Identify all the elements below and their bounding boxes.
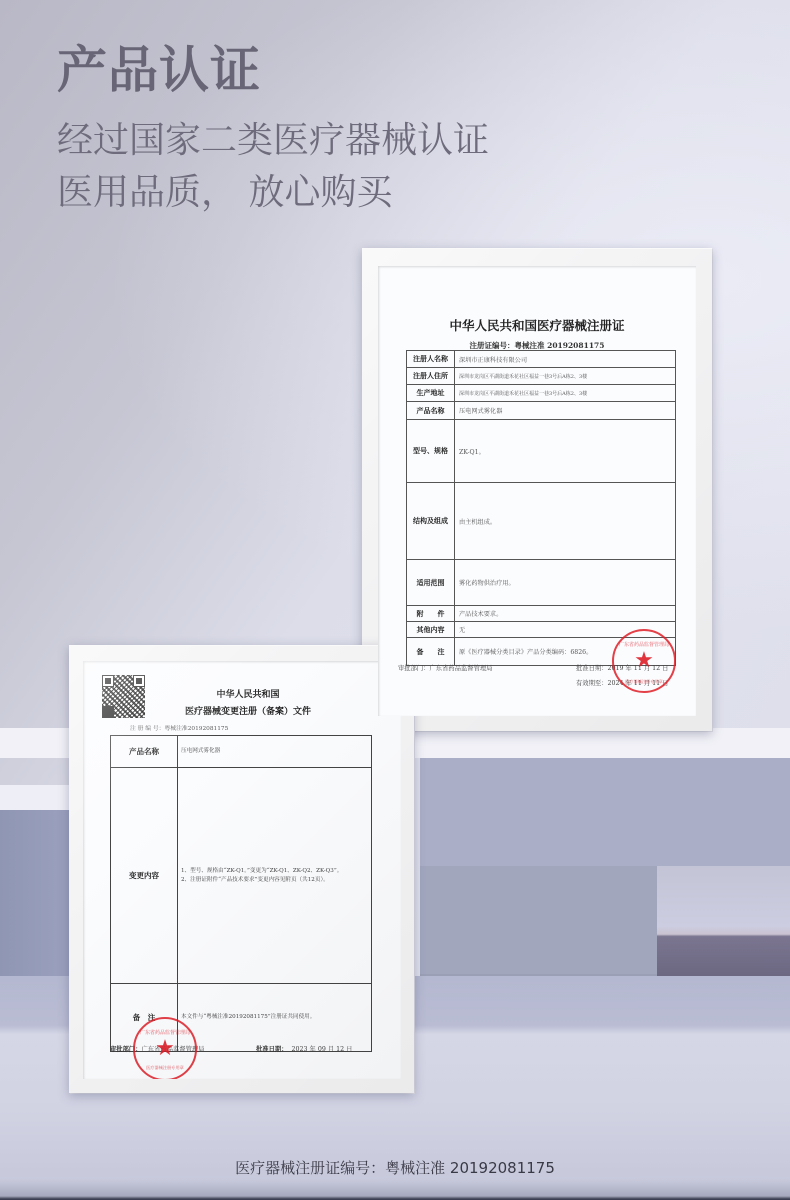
table-row: 变更内容1、型号、规格由“ZK-Q1。”变更为“ZK-Q1、ZK-Q2、ZK-Q… — [111, 768, 372, 984]
row-label: 结构及组成 — [407, 483, 455, 560]
registration-certificate: 中华人民共和国医疗器械注册证 注册证编号：粤械注准 20192081175 注册… — [378, 266, 696, 716]
row-label: 型号、规格 — [407, 420, 455, 483]
row-value: 压电网式雾化器 — [178, 736, 372, 768]
approval-date: 批准日期： 2023 年 09 月 12 日 — [256, 1044, 352, 1053]
certificate-table: 注册人名称深圳市正康科技有限公司 注册人住所深圳市龙岗区平湖街道禾花社区福益一巷… — [406, 350, 676, 666]
row-label: 其他内容 — [407, 622, 455, 638]
row-label: 产品名称 — [111, 736, 178, 768]
official-seal: ★ 广东省药品监督管理局 医疗器械注册专用章 — [612, 629, 676, 693]
seal-star-icon: ★ — [634, 650, 654, 672]
document-number: 注 册 编 号：粤械注准20192081175 — [130, 723, 228, 732]
display-block-lower-right — [657, 866, 790, 976]
table-row: 型号、规格ZK-Q1。 — [407, 420, 676, 483]
official-seal: ★ 广东省药品监督管理局 医疗器械注册专用章 — [133, 1017, 197, 1079]
row-label: 变更内容 — [111, 768, 178, 984]
table-row: 注册人名称深圳市正康科技有限公司 — [407, 351, 676, 368]
row-label: 生产地址 — [407, 385, 455, 402]
row-value: 产品技术要求。 — [455, 606, 676, 622]
table-row: 产品名称压电网式雾化器 — [111, 736, 372, 768]
row-label: 注册人住所 — [407, 368, 455, 385]
row-value: 雾化药物供治疗用。 — [455, 560, 676, 606]
display-block-lower-left — [420, 866, 657, 976]
table-row: 结构及组成由主机组成。 — [407, 483, 676, 560]
row-label: 产品名称 — [407, 402, 455, 420]
document-title-line-2: 医疗器械变更注册（备案）文件 — [83, 704, 401, 717]
document-title-line-1: 中华人民共和国 — [83, 687, 401, 700]
seal-star-icon: ★ — [155, 1038, 175, 1060]
change-document: 中华人民共和国 医疗器械变更注册（备案）文件 注 册 编 号：粤械注准20192… — [83, 661, 401, 1079]
table-row: 适用范围雾化药物供治疗用。 — [407, 560, 676, 606]
table-row: 注册人住所深圳市龙岗区平湖街道禾花社区福益一巷3号后A栋2、3楼 — [407, 368, 676, 385]
floor-shadow — [0, 1180, 790, 1200]
subtitle-line-1: 经过国家二类医疗器械认证 — [57, 112, 489, 163]
approval-label: 批准日期： — [256, 1046, 287, 1053]
registration-certificate-frame: 中华人民共和国医疗器械注册证 注册证编号：粤械注准 20192081175 注册… — [362, 248, 712, 731]
shelf-left-surface — [0, 785, 70, 810]
seal-text: 广东省药品监督管理局 — [614, 641, 674, 648]
row-value: 深圳市正康科技有限公司 — [455, 351, 676, 368]
row-value: 压电网式雾化器 — [455, 402, 676, 420]
display-block-upper — [420, 758, 790, 866]
row-label: 附 件 — [407, 606, 455, 622]
row-label: 适用范围 — [407, 560, 455, 606]
display-block-left — [0, 810, 70, 980]
seal-text: 广东省药品监督管理局 — [135, 1029, 195, 1036]
seal-bottom-text: 医疗器械注册专用章 — [614, 679, 674, 685]
certificate-title: 中华人民共和国医疗器械注册证 — [378, 316, 696, 334]
issuer: 审批部门：广东省药品监督管理局 — [398, 663, 492, 672]
row-label: 备 注 — [407, 638, 455, 666]
subtitle-line-2: 医用品质， 放心购买 — [57, 164, 392, 215]
certificate-number-caption: 医疗器械注册证编号：粤械注准 20192081175 — [0, 1157, 790, 1178]
approval-value: 2023 年 09 月 12 日 — [292, 1046, 353, 1053]
row-value: 本文件与“粤械注准20192081175”注册证共同使用。 — [178, 984, 372, 1052]
row-value: 由主机组成。 — [455, 483, 676, 560]
row-label: 注册人名称 — [407, 351, 455, 368]
table-row: 产品名称压电网式雾化器 — [407, 402, 676, 420]
row-value: 深圳市龙岗区平湖街道禾花社区福益一巷3号后A栋2、3楼 — [455, 385, 676, 402]
change-table: 产品名称压电网式雾化器 变更内容1、型号、规格由“ZK-Q1。”变更为“ZK-Q… — [110, 735, 372, 1052]
table-row: 附 件产品技术要求。 — [407, 606, 676, 622]
row-value: 1、型号、规格由“ZK-Q1。”变更为“ZK-Q1、ZK-Q2、ZK-Q3”。 … — [178, 768, 372, 984]
row-value: ZK-Q1。 — [455, 420, 676, 483]
table-row: 生产地址深圳市龙岗区平湖街道禾花社区福益一巷3号后A栋2、3楼 — [407, 385, 676, 402]
row-value: 深圳市龙岗区平湖街道禾花社区福益一巷3号后A栋2、3楼 — [455, 368, 676, 385]
seal-bottom-text: 医疗器械注册专用章 — [135, 1065, 195, 1071]
page-title: 产品认证 — [57, 30, 261, 102]
change-document-frame: 中华人民共和国 医疗器械变更注册（备案）文件 注 册 编 号：粤械注准20192… — [69, 645, 414, 1093]
